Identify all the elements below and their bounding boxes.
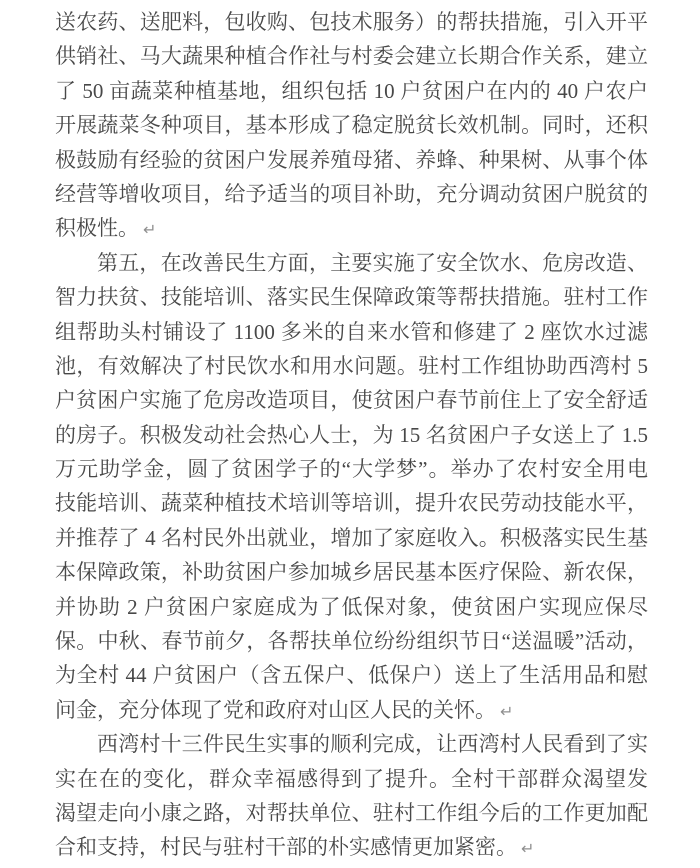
text-line: 经营等增收项目，给予适当的项目补助，充分调动贫困户脱贫的 (55, 177, 648, 211)
document-page: 送农药、送肥料，包收购、包技术服务）的帮扶措施，引入开平 供销社、马大蔬果种植合… (0, 0, 700, 868)
paragraph: 西湾村十三件民生实事的顺利完成，让西湾村人民看到了实 实在在的变化，群众幸福感得… (55, 727, 648, 865)
text-line: 组帮助头村铺设了 1100 多米的自来水管和修建了 2 座饮水过滤 (55, 315, 648, 349)
text-line: 技能培训、蔬菜种植技术培训等培训，提升农民劳动技能水平， (55, 486, 648, 520)
text-line: 本保障政策，补助贫困户参加城乡居民基本医疗保险、新农保， (55, 555, 648, 589)
text-line: 合和支持，村民与驻村干部的朴实感情更加紧密。↵ (55, 830, 648, 864)
line-text: 合和支持，村民与驻村干部的朴实感情更加紧密。 (55, 835, 517, 859)
paragraph: 送农药、送肥料，包收购、包技术服务）的帮扶措施，引入开平 供销社、马大蔬果种植合… (55, 5, 648, 246)
text-line: 第五，在改善民生方面，主要实施了安全饮水、危房改造、 (55, 246, 648, 280)
text-line: 积极性。↵ (55, 211, 648, 245)
text-line: 问金，充分体现了党和政府对山区人民的关怀。↵ (55, 693, 648, 727)
paragraph: 第五，在改善民生方面，主要实施了安全饮水、危房改造、 智力扶贫、技能培训、落实民… (55, 246, 648, 727)
text-line: 并协助 2 户贫困户家庭成为了低保对象，使贫困户实现应保尽 (55, 590, 648, 624)
text-line: 供销社、马大蔬果种植合作社与村委会建立长期合作关系，建立 (55, 39, 648, 73)
line-text: 问金，充分体现了党和政府对山区人民的关怀。 (55, 698, 496, 722)
text-line: 开展蔬菜冬种项目，基本形成了稳定脱贫长效机制。同时，还积 (55, 108, 648, 142)
text-line: 渴望走向小康之路，对帮扶单位、驻村工作组今后的工作更加配 (55, 796, 648, 830)
text-line: 池，有效解决了村民饮水和用水问题。驻村工作组协助西湾村 5 (55, 349, 648, 383)
paragraph-return-mark: ↵ (517, 839, 534, 858)
text-line: 极鼓励有经验的贫困户发展养殖母猪、养蜂、种果树、从事个体 (55, 143, 648, 177)
text-line: 并推荐了 4 名村民外出就业，增加了家庭收入。积极落实民生基 (55, 521, 648, 555)
text-line: 为全村 44 户贫困户（含五保户、低保户）送上了生活用品和慰 (55, 658, 648, 692)
text-line: 保。中秋、春节前夕，各帮扶单位纷纷组织节日“送温暖”活动， (55, 624, 648, 658)
line-text: 积极性。 (55, 216, 139, 240)
paragraph-return-mark: ↵ (496, 702, 513, 721)
text-line: 万元助学金，圆了贫困学子的“大学梦”。举办了农村安全用电 (55, 452, 648, 486)
text-line: 了 50 亩蔬菜种植基地，组织包括 10 户贫困户在内的 40 户农户 (55, 74, 648, 108)
text-line: 西湾村十三件民生实事的顺利完成，让西湾村人民看到了实 (55, 727, 648, 761)
text-line: 智力扶贫、技能培训、落实民生保障政策等帮扶措施。驻村工作 (55, 280, 648, 314)
text-line: 户贫困户实施了危房改造项目，使贫困户春节前住上了安全舒适 (55, 383, 648, 417)
paragraph-return-mark: ↵ (139, 220, 156, 239)
text-line: 实在在的变化，群众幸福感得到了提升。全村干部群众渴望发展、 (55, 762, 648, 796)
text-line: 的房子。积极发动社会热心人士，为 15 名贫困户子女送上了 1.5 (55, 418, 648, 452)
text-line: 送农药、送肥料，包收购、包技术服务）的帮扶措施，引入开平 (55, 5, 648, 39)
